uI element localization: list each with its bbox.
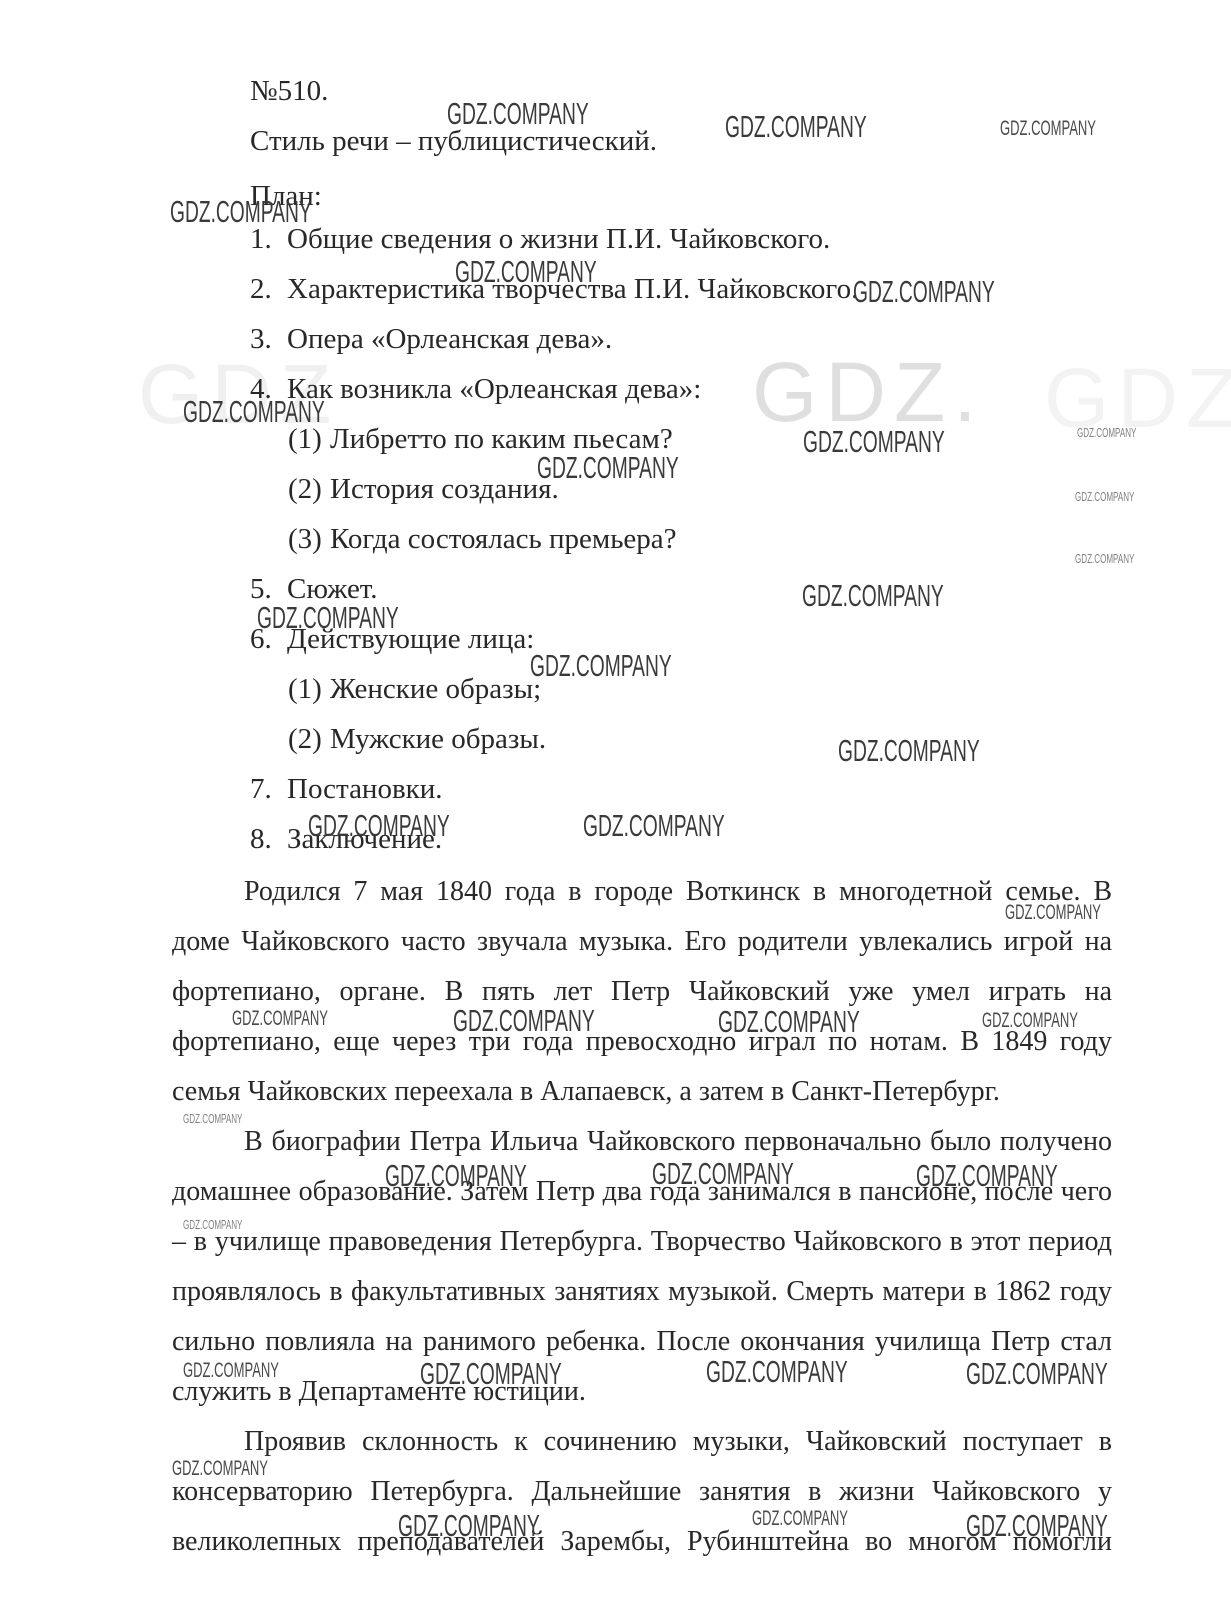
watermark: GDZ.COMPANY — [706, 1356, 848, 1387]
watermark: GDZ.COMPANY — [916, 1160, 1058, 1191]
watermark: GDZ.COMPANY — [183, 1360, 279, 1381]
watermark-layer: GDZ.COMPANYGDZ.COMPANYGDZ.COMPANYGDZ.COM… — [0, 0, 1231, 1614]
watermark: GDZ.COMPANY — [838, 735, 980, 766]
watermark: GDZ.COMPANY — [1075, 552, 1134, 565]
watermark: GDZ.COMPANY — [420, 1358, 562, 1389]
watermark: GDZ.COMPANY — [725, 111, 867, 142]
watermark: GDZ.COMPANY — [1000, 118, 1096, 139]
watermark: GDZ.COMPANY — [232, 1008, 328, 1029]
watermark: GDZ.COMPANY — [1075, 490, 1134, 503]
watermark: GDZ.COMPANY — [982, 1010, 1078, 1031]
watermark: GDZ.COMPANY — [447, 98, 589, 129]
watermark: GDZ.COMPANY — [583, 810, 725, 841]
watermark: GDZ.COMPANY — [308, 810, 450, 841]
watermark: GDZ.COMPANY — [966, 1358, 1108, 1389]
watermark: GDZ.COMPANY — [966, 1510, 1108, 1541]
watermark: GDZ.COMPANY — [170, 196, 312, 227]
watermark: GDZ.COMPANY — [803, 426, 945, 457]
watermark: GDZ.COMPANY — [257, 602, 399, 633]
watermark: GDZ.COMPANY — [853, 276, 995, 307]
watermark: GDZ.COMPANY — [652, 1158, 794, 1189]
watermark: GDZ.COMPANY — [172, 1458, 268, 1479]
watermark: GDZ.COMPANY — [537, 452, 679, 483]
watermark: GDZ.COMPANY — [398, 1510, 540, 1541]
watermark: GDZ.COMPANY — [453, 1005, 595, 1036]
watermark: GDZ.COMPANY — [718, 1006, 860, 1037]
watermark: GDZ.COMPANY — [183, 396, 325, 427]
watermark: GDZ.COMPANY — [1005, 902, 1101, 923]
watermark: GDZ.COMPANY — [183, 1112, 242, 1125]
watermark: GDZ.COMPANY — [752, 1508, 848, 1529]
watermark: GDZ.COMPANY — [455, 256, 597, 287]
watermark: GDZ.COMPANY — [183, 1218, 242, 1231]
watermark: GDZ.COMPANY — [530, 650, 672, 681]
watermark: GDZ.COMPANY — [1077, 426, 1136, 439]
watermark: GDZ.COMPANY — [385, 1160, 527, 1191]
document-page: GDZGDZ.GDZ GDZ.COMPANYGDZ.COMPANYGDZ.COM… — [0, 0, 1231, 1614]
watermark: GDZ.COMPANY — [802, 580, 944, 611]
